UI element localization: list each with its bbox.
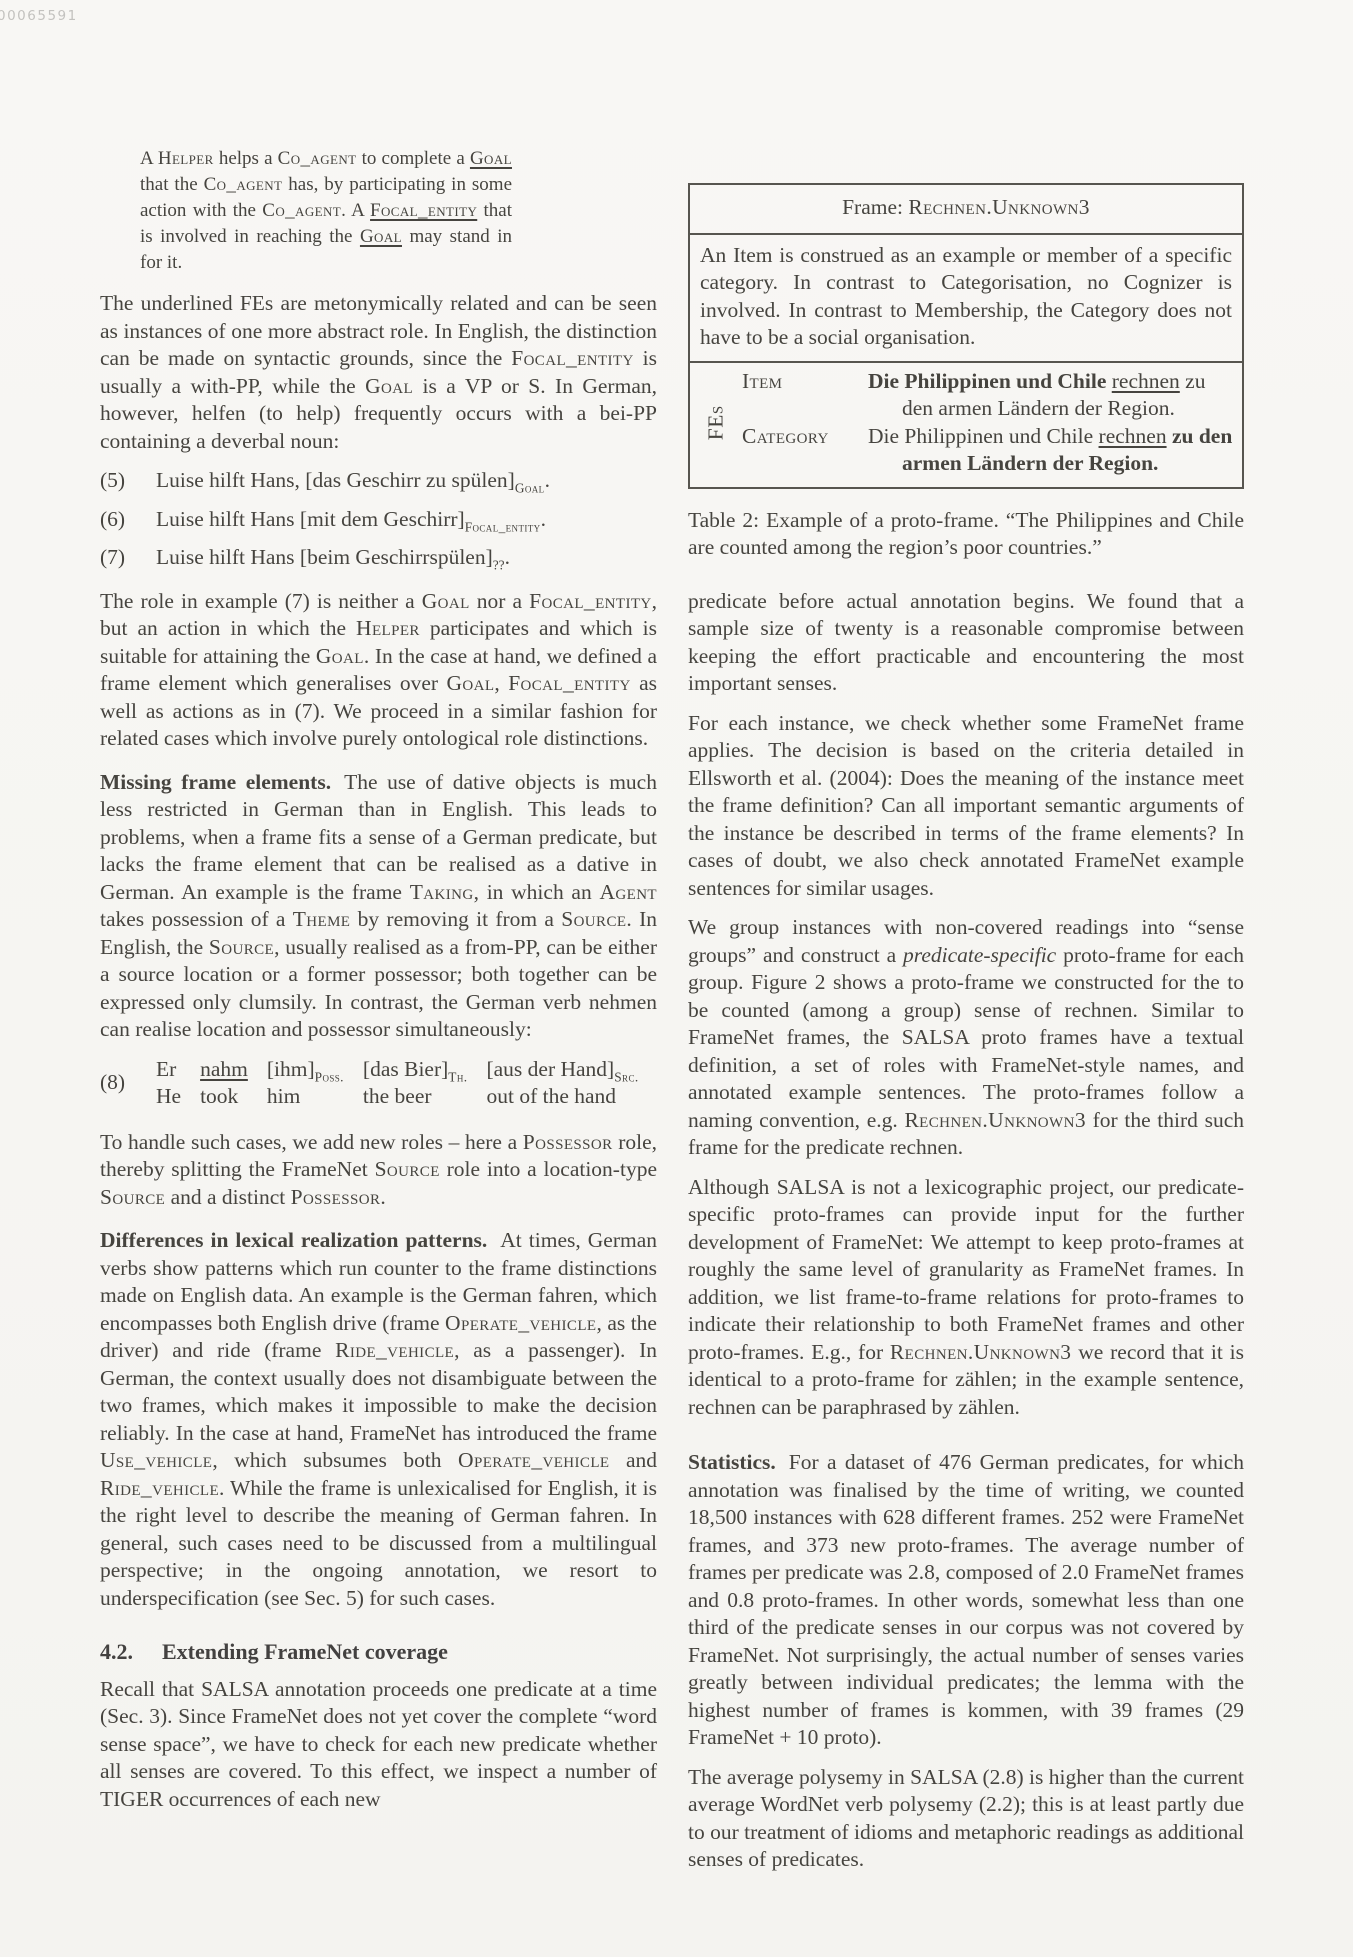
section-title: Extending FrameNet coverage xyxy=(162,1638,448,1666)
paragraph-recall: Recall that SALSA annotation proceeds on… xyxy=(100,1676,657,1814)
table-2-proto-frame: Frame: Rechnen.Unknown3 An Item is const… xyxy=(688,183,1244,489)
example-number: (8) xyxy=(100,1069,156,1097)
paragraph-sample-size: predicate before actual annotation begin… xyxy=(688,588,1244,698)
frame-definition-quote: A Helper helps a Co_agent to complete a … xyxy=(140,146,512,276)
fe-example-sentence: Die Philippinen und Chile rechnen zu den… xyxy=(868,368,1234,423)
paragraph-for-each-instance: For each instance, we check whether some… xyxy=(688,710,1244,903)
fe-role-label: Category xyxy=(742,423,868,478)
paragraph-missing-frame-elements: Missing frame elements.The use of dative… xyxy=(100,769,657,1044)
inline-heading: Statistics. xyxy=(688,1450,776,1474)
example-item-7: (7) Luise hilft Hans [beim Geschirrspüle… xyxy=(100,544,657,572)
scan-id: 00065591 xyxy=(0,8,78,24)
table-row-item: Item Die Philippinen und Chile rechnen z… xyxy=(742,368,1234,423)
scanned-paper-page: 00065591 A Helper helps a Co_agent to co… xyxy=(0,0,1353,1957)
paragraph-body: The use of dative objects is much less r… xyxy=(100,770,657,1042)
table-header: Frame: Rechnen.Unknown3 xyxy=(690,185,1242,235)
paragraph-role-example7: The role in example (7) is neither a Goa… xyxy=(100,588,657,753)
example-text: Luise hilft Hans [mit dem Geschirr]Focal… xyxy=(156,506,657,534)
paragraph-statistics: Statistics.For a dataset of 476 German p… xyxy=(688,1449,1244,1752)
paragraph-differences: Differences in lexical realization patte… xyxy=(100,1227,657,1612)
example-number: (7) xyxy=(100,544,156,572)
paragraph-new-roles: To handle such cases, we add new roles –… xyxy=(100,1129,657,1212)
section-number: 4.2. xyxy=(100,1638,162,1666)
fe-role-label: Item xyxy=(742,368,868,423)
paragraph-although-salsa: Although SALSA is not a lexicographic pr… xyxy=(688,1174,1244,1422)
example-item-5: (5) Luise hilft Hans, [das Geschirr zu s… xyxy=(100,467,657,495)
gloss-example-8: (8) ErHenahmtook[ihm]Poss.him[das Bier]T… xyxy=(100,1056,657,1111)
inline-heading: Differences in lexical realization patte… xyxy=(100,1228,487,1252)
paragraph-underlined-fes: The underlined FEs are metonymically rel… xyxy=(100,290,657,455)
example-text: Luise hilft Hans, [das Geschirr zu spüle… xyxy=(156,467,657,495)
table-fes-section: FEs Item Die Philippinen und Chile rechn… xyxy=(690,363,1242,487)
paragraph-sense-groups: We group instances with non-covered read… xyxy=(688,914,1244,1162)
inline-heading: Missing frame elements. xyxy=(100,770,331,794)
paragraph-body: At times, German verbs show patterns whi… xyxy=(100,1228,657,1610)
table-caption: Table 2: Example of a proto-frame. “The … xyxy=(688,507,1244,562)
paragraph-polysemy: The average polysemy in SALSA (2.8) is h… xyxy=(688,1764,1244,1874)
table-row-category: Category Die Philippinen und Chile rechn… xyxy=(742,423,1234,478)
example-number: (6) xyxy=(100,506,156,534)
fe-example-sentence: Die Philippinen und Chile rechnen zu den… xyxy=(868,423,1234,478)
right-column: Frame: Rechnen.Unknown3 An Item is const… xyxy=(688,183,1244,1886)
section-heading-4-2: 4.2. Extending FrameNet coverage xyxy=(100,1638,657,1666)
fe-rows: Item Die Philippinen und Chile rechnen z… xyxy=(742,368,1234,478)
table-frame-definition: An Item is construed as an example or me… xyxy=(690,235,1242,363)
fes-rotated-label: FEs xyxy=(690,368,742,478)
example-text: Luise hilft Hans [beim Geschirrspülen]??… xyxy=(156,544,657,572)
left-column: A Helper helps a Co_agent to complete a … xyxy=(100,146,657,1825)
example-item-6: (6) Luise hilft Hans [mit dem Geschirr]F… xyxy=(100,506,657,534)
interlinear-gloss: ErHenahmtook[ihm]Poss.him[das Bier]Th.th… xyxy=(156,1056,657,1111)
example-number: (5) xyxy=(100,467,156,495)
paragraph-body: For a dataset of 476 German predicates, … xyxy=(688,1450,1244,1749)
example-list: (5) Luise hilft Hans, [das Geschirr zu s… xyxy=(100,467,657,572)
